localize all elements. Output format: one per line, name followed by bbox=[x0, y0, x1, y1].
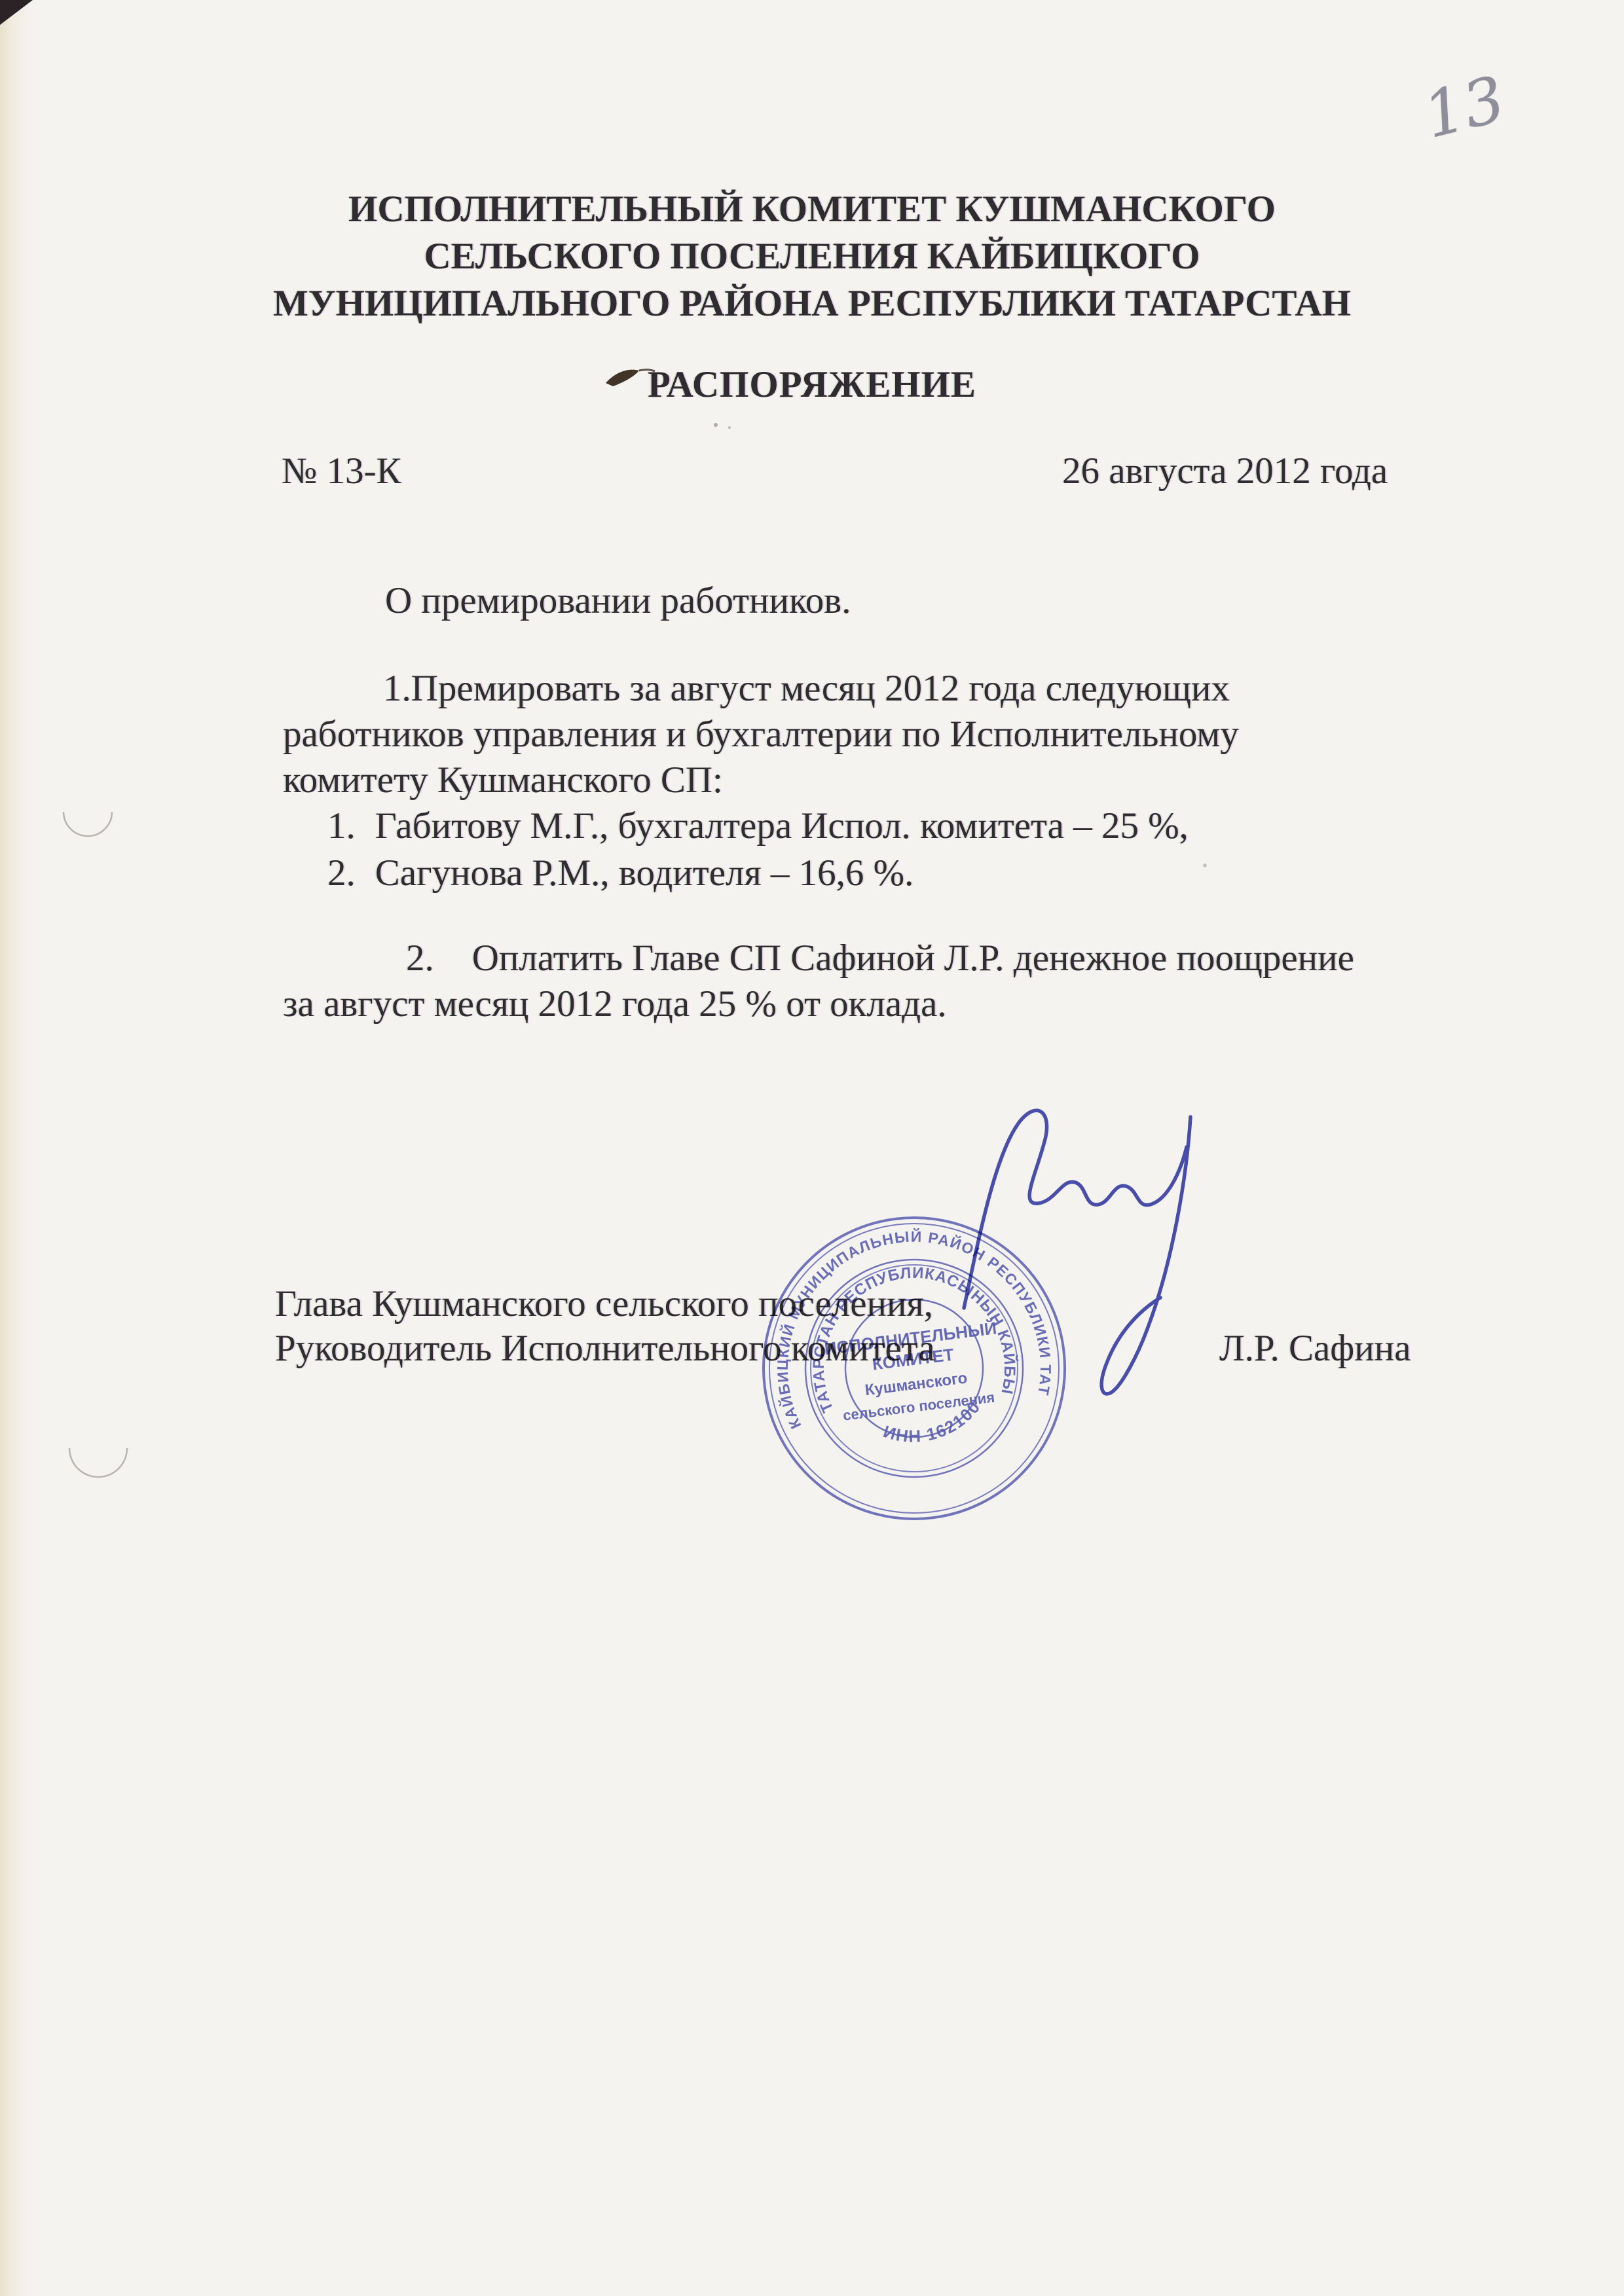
document-subject: О премировании работников. bbox=[385, 580, 851, 622]
official-round-stamp: КАЙБИЦКИЙ МУНИЦИПАЛЬНЫЙ РАЙОН РЕСПУБЛИКИ… bbox=[721, 1175, 1108, 1562]
list-item-1-number: 1. bbox=[327, 805, 356, 847]
list-item-1-text: Габитову М.Г., бухгалтера Испол. комитет… bbox=[375, 805, 1189, 847]
letterhead-line-1: ИСПОЛНИТЕЛЬНЫЙ КОМИТЕТ КУШМАНСКОГО bbox=[92, 189, 1532, 230]
scan-artifacts-overlay bbox=[0, 0, 1624, 2296]
document-number: № 13-К bbox=[282, 450, 401, 492]
scanned-document-page: 13 ИСПОЛНИТЕЛЬНЫЙ КОМИТЕТ КУШМАНСКОГО СЕ… bbox=[0, 0, 1624, 2296]
paragraph2-text: Оплатить Главе СП Сафиной Л.Р. денежное … bbox=[472, 938, 1354, 979]
scan-left-edge-shadow bbox=[0, 0, 30, 2296]
stamp-inn-text: ИНН 1621003133 bbox=[721, 1175, 988, 1468]
letterhead-line-3: МУНИЦИПАЛЬНОГО РАЙОНА РЕСПУБЛИКИ ТАТАРСТ… bbox=[92, 283, 1532, 325]
svg-text:ИНН 1621003133: ИНН 1621003133 bbox=[721, 1175, 988, 1468]
letterhead-line-2: СЕЛЬСКОГО ПОСЕЛЕНИЯ КАЙБИЦКОГО bbox=[92, 236, 1532, 278]
punch-hole-marks bbox=[64, 812, 127, 1477]
paragraph1-line2: работников управления и бухгалтерии по И… bbox=[283, 714, 1239, 756]
handwritten-page-number: 13 bbox=[1416, 62, 1512, 153]
list-item-1: 1.Габитову М.Г., бухгалтера Испол. комит… bbox=[327, 805, 1189, 847]
signer-name: Л.Р. Сафина bbox=[1219, 1328, 1411, 1370]
list-item-2-number: 2. bbox=[327, 852, 356, 894]
paragraph2-line2: за август месяц 2012 года 25 % от оклада… bbox=[283, 983, 947, 1025]
stamp-outer-ring-text: КАЙБИЦКИЙ МУНИЦИПАЛЬНЫЙ РАЙОН РЕСПУБЛИКИ… bbox=[721, 1175, 1060, 1438]
list-item-2: 2.Сагунова Р.М., водителя – 16,6 %. bbox=[327, 852, 913, 894]
document-type-title: РАСПОРЯЖЕНИЕ bbox=[92, 364, 1532, 406]
svg-text:КАЙБИЦКИЙ МУНИЦИПАЛЬНЫЙ РАЙОН: КАЙБИЦКИЙ МУНИЦИПАЛЬНЫЙ РАЙОН РЕСПУБЛИКИ… bbox=[721, 1175, 1060, 1438]
list-item-2-text: Сагунова Р.М., водителя – 16,6 %. bbox=[375, 852, 914, 894]
paragraph2-line1: 2.Оплатить Главе СП Сафиной Л.Р. денежно… bbox=[406, 938, 1354, 979]
stamp-graphic: КАЙБИЦКИЙ МУНИЦИПАЛЬНЫЙ РАЙОН РЕСПУБЛИКИ… bbox=[721, 1175, 1108, 1562]
paragraph1-line1: 1.Премировать за август месяц 2012 года … bbox=[383, 668, 1230, 710]
paragraph2-number: 2. bbox=[406, 938, 434, 979]
paragraph1-line3: комитету Кушманского СП: bbox=[283, 759, 723, 801]
document-date: 26 августа 2012 года bbox=[1062, 450, 1388, 492]
